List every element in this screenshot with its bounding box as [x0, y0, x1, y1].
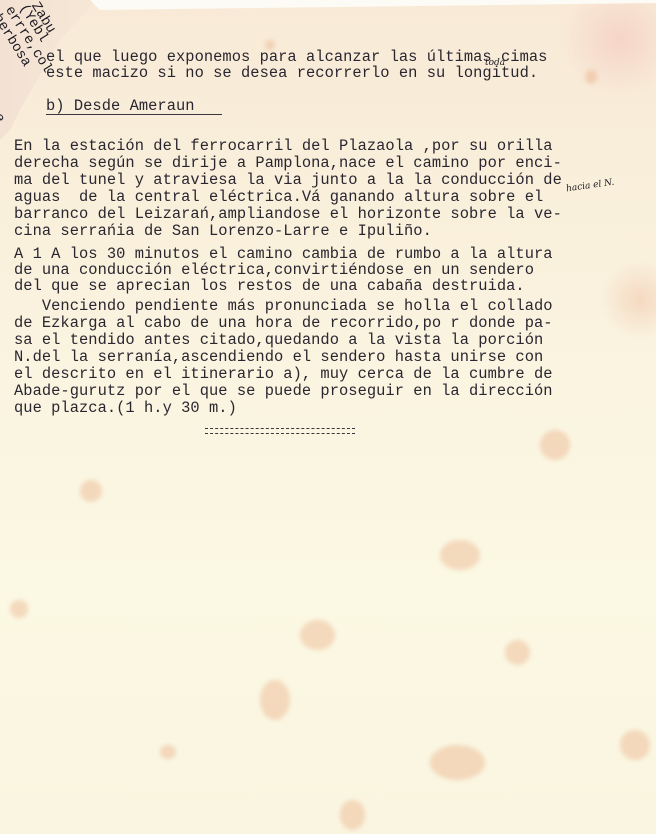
- stain: [260, 680, 290, 720]
- stain: [585, 70, 597, 84]
- margin-note-line: ae: [0, 104, 7, 126]
- body-line: cina serrańia de San Lorenzo-Larre e Ipu…: [14, 223, 432, 239]
- body-line: sa el tendido antes citado,quedando a la…: [14, 332, 543, 348]
- body-line: Venciendo pendiente más pronunciada se h…: [14, 298, 553, 314]
- stain: [300, 620, 335, 650]
- body-line: En la estación del ferrocarril del Plaza…: [14, 138, 553, 154]
- closing-rule: [205, 428, 355, 434]
- stain: [430, 745, 485, 780]
- body-line: el descrito en el itinerario a), muy cer…: [14, 366, 553, 382]
- body-line: barranco del Leizarań,ampliandose el hor…: [14, 206, 562, 222]
- stain: [440, 540, 480, 570]
- body-line: de una conducción eléctrica,convirtiéndo…: [14, 262, 534, 278]
- stain: [340, 800, 365, 830]
- body-line: A 1 A los 30 minutos el camino cambia de…: [14, 246, 553, 262]
- body-line: de Ezkarga al cabo de una hora de recorr…: [14, 315, 553, 331]
- heading-underline: [46, 114, 222, 115]
- stain: [80, 480, 102, 502]
- body-line: aguas de la central eléctrica.Vá ganando…: [14, 189, 543, 205]
- stain: [620, 730, 650, 760]
- body-line: del que se aprecian los restos de una ca…: [14, 278, 525, 294]
- scan-edge: [90, 0, 656, 10]
- body-line: N.del la serranía,ascendiendo el sendero…: [14, 349, 543, 365]
- stain: [160, 745, 176, 759]
- body-line: Abade-gurutz por el que se puede prosegu…: [14, 383, 553, 399]
- intro-line: este macizo si no se desea recorrerlo en…: [46, 65, 538, 81]
- stain: [10, 600, 28, 618]
- document-page: Zabu (Yebl errre,col herbosa ae el que l…: [0, 0, 656, 834]
- body-line: derecha según se dirije a Pamplona,nace …: [14, 155, 562, 171]
- body-line: ma del tunel y atraviesa la via junto a …: [14, 172, 562, 188]
- stain: [505, 640, 530, 665]
- handwritten-insertion: hacia el N.: [566, 178, 615, 195]
- handwritten-insertion: toda: [485, 58, 505, 68]
- stain: [540, 430, 570, 460]
- section-heading: b) Desde Ameraun: [46, 98, 195, 114]
- body-line: que plazca.(1 h.y 30 m.): [14, 400, 237, 416]
- intro-line: el que luego exponemos para alcanzar las…: [46, 49, 547, 65]
